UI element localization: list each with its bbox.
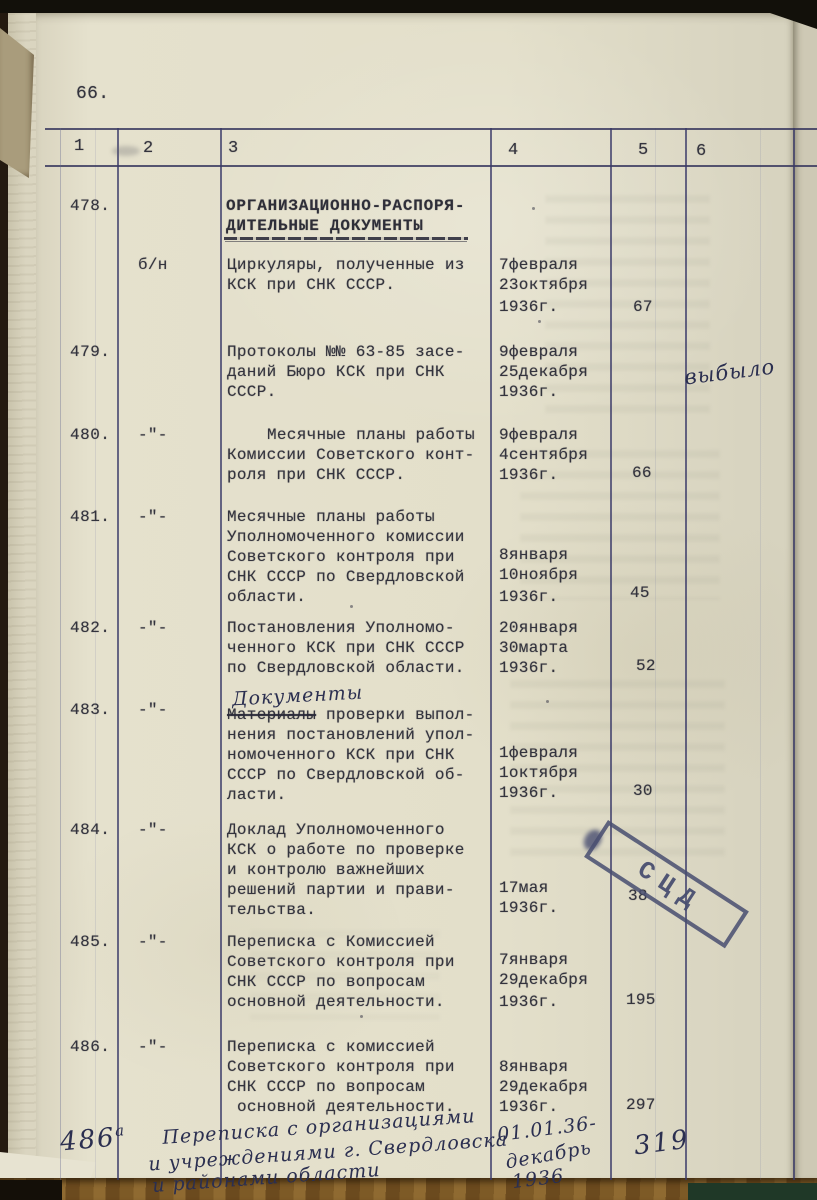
entry-number: 483. bbox=[70, 700, 110, 720]
entry-date: 1936г. bbox=[499, 382, 558, 402]
table-column-rule-4 bbox=[610, 128, 612, 1180]
page-number: 66. bbox=[76, 84, 109, 104]
entry-title-line: КСК при СНК СССР. bbox=[227, 275, 395, 295]
entry-title-line: ченного КСК при СНК СССР bbox=[227, 638, 465, 658]
entry-title-line: номоченного КСК при СНК bbox=[227, 745, 455, 765]
column-header-3: 3 bbox=[228, 139, 239, 159]
struck-word: Материалы bbox=[227, 706, 316, 724]
entry-title-line: даний Бюро КСК при СНК bbox=[227, 362, 445, 382]
entry-title-line: Советского контроля при bbox=[227, 1057, 455, 1077]
entry-title-line: Протоколы №№ 63-85 засе- bbox=[227, 342, 465, 362]
entry-note-ditto: -"- bbox=[138, 618, 168, 638]
column-header-5: 5 bbox=[638, 141, 649, 161]
entry-date: 9февраля bbox=[499, 425, 578, 445]
entry-date: 1936г. bbox=[499, 783, 558, 803]
entry-title-line: роля при СНК СССР. bbox=[227, 465, 405, 485]
entry-title-line: СНК СССР по вопросам bbox=[227, 972, 425, 992]
entry-number-suffix: а bbox=[114, 1121, 126, 1140]
entry-date: 1936г. bbox=[499, 297, 558, 317]
entry-number: 482. bbox=[70, 618, 110, 638]
ink-speck bbox=[532, 207, 535, 210]
paper-crease bbox=[95, 128, 96, 1180]
entry-date: 17мая bbox=[499, 878, 549, 898]
entry-date: 23октября bbox=[499, 275, 588, 295]
entry-title-line: нения постановлений упол- bbox=[227, 725, 475, 745]
ink-speck bbox=[350, 605, 353, 608]
entry-title-line: и контролю важнейших bbox=[227, 860, 425, 880]
entry-note-ditto: -"- bbox=[138, 1037, 168, 1057]
entry-date: 7февраля bbox=[499, 255, 578, 275]
entry-title-line: решений партии и прави- bbox=[227, 880, 455, 900]
entry-title-line: Циркуляры, полученные из bbox=[227, 255, 465, 275]
heading-underline bbox=[224, 237, 468, 240]
ink-speck bbox=[546, 700, 549, 703]
table-left-rule bbox=[60, 128, 61, 1180]
entry-title-line: Комиссии Советского конт- bbox=[227, 445, 475, 465]
entry-title-line: Месячные планы работы bbox=[227, 507, 435, 527]
column-header-1: 1 bbox=[74, 137, 85, 157]
entry-number-handwritten: 486а bbox=[59, 1121, 128, 1157]
entry-number: 484. bbox=[70, 820, 110, 840]
entry-sheet-count: 30 bbox=[633, 781, 653, 801]
entry-note-ditto: -"- bbox=[138, 820, 168, 840]
entry-number: 478. bbox=[70, 196, 110, 216]
entry-title-line: СНК СССР по вопросам bbox=[227, 1077, 425, 1097]
entry-sheet-count: 297 bbox=[626, 1095, 656, 1115]
column-header-2: 2 bbox=[143, 139, 154, 159]
entry-date: 10ноября bbox=[499, 565, 578, 585]
scanned-archive-page: 66. 1 2 3 4 5 6 478. ОРГАНИЗАЦИОННО-РАСП… bbox=[0, 0, 817, 1200]
table-column-rule-3 bbox=[490, 128, 492, 1180]
entry-date: 1936г. bbox=[499, 465, 558, 485]
binding-strip-top bbox=[0, 0, 817, 13]
entry-date: 20января bbox=[499, 618, 578, 638]
entry-note: б/н bbox=[138, 255, 168, 275]
entry-title-line: Уполномоченного комиссии bbox=[227, 527, 465, 547]
table-column-rule-2 bbox=[220, 128, 222, 1180]
entry-title-line: КСК о работе по проверке bbox=[227, 840, 465, 860]
entry-date: 29декабря bbox=[499, 970, 588, 990]
entry-title-line: Советского контроля при bbox=[227, 952, 455, 972]
entry-title-line: Переписка с Комиссией bbox=[227, 932, 435, 952]
entry-number: 485. bbox=[70, 932, 110, 952]
section-heading-line: ДИТЕЛЬНЫЕ ДОКУМЕНТЫ bbox=[226, 216, 424, 236]
page-stack-edge-left bbox=[8, 13, 38, 1182]
entry-number: 481. bbox=[70, 507, 110, 527]
entry-title-line: Советского контроля при bbox=[227, 547, 455, 567]
section-heading-line: ОРГАНИЗАЦИОННО-РАСПОРЯ- bbox=[226, 196, 465, 216]
entry-number: 479. bbox=[70, 342, 110, 362]
entry-date: 9февраля bbox=[499, 342, 578, 362]
entry-date: 1936г. bbox=[499, 1097, 558, 1117]
entry-note-ditto: -"- bbox=[138, 425, 168, 445]
entry-note-ditto: -"- bbox=[138, 932, 168, 952]
pencil-smudge bbox=[112, 146, 140, 156]
entry-sheet-count: 195 bbox=[626, 990, 656, 1010]
entry-date: 25декабря bbox=[499, 362, 588, 382]
table-column-rule-1 bbox=[117, 128, 119, 1180]
column-header-4: 4 bbox=[508, 141, 519, 161]
entry-title-line: Материалы проверки выпол- bbox=[227, 705, 475, 725]
entry-title-line: по Свердловской области. bbox=[227, 658, 465, 678]
entry-date: 4сентября bbox=[499, 445, 588, 465]
table-header-line bbox=[45, 165, 817, 167]
entry-sheet-count: 66 bbox=[632, 463, 652, 483]
column-header-6: 6 bbox=[696, 142, 707, 162]
entry-note-ditto: -"- bbox=[138, 700, 168, 720]
entry-title-line: Месячные планы работы bbox=[267, 425, 475, 445]
table-column-rule-5 bbox=[685, 128, 687, 1180]
ink-speck bbox=[538, 320, 541, 323]
entry-title-line: Доклад Уполномоченного bbox=[227, 820, 445, 840]
entry-title-line: области. bbox=[227, 587, 306, 607]
entry-title-line: Переписка с комиссией bbox=[227, 1037, 435, 1057]
entry-title-line: СССР по Свердловской об- bbox=[227, 765, 465, 785]
entry-title-line: СНК СССР по Свердловской bbox=[227, 567, 465, 587]
entry-date: 7января bbox=[499, 950, 568, 970]
entry-sheet-count: 45 bbox=[630, 583, 650, 603]
binding-dark-bottom-left bbox=[0, 1180, 62, 1200]
entry-number-text: 486 bbox=[59, 1123, 117, 1158]
entry-title-line: СССР. bbox=[227, 382, 277, 402]
entry-title-line: Постановления Уполномо- bbox=[227, 618, 455, 638]
entry-title-rest: проверки выпол- bbox=[316, 706, 474, 724]
paper-crease bbox=[655, 128, 656, 1180]
entry-date: 8января bbox=[499, 545, 568, 565]
entry-date: 8января bbox=[499, 1057, 568, 1077]
entry-date: 1февраля bbox=[499, 743, 578, 763]
entry-date: 1936г. bbox=[499, 587, 558, 607]
entry-date: 1октября bbox=[499, 763, 578, 783]
page-fold-edge-right bbox=[793, 13, 817, 1180]
entry-date: 29декабря bbox=[499, 1077, 588, 1097]
table-top-line bbox=[45, 128, 817, 130]
entry-number: 486. bbox=[70, 1037, 110, 1057]
entry-note-ditto: -"- bbox=[138, 507, 168, 527]
table-right-rule bbox=[793, 128, 795, 1180]
ink-speck bbox=[360, 1015, 363, 1018]
entry-date: 1936г. bbox=[499, 898, 558, 918]
paper-crease bbox=[760, 128, 761, 1180]
entry-number: 480. bbox=[70, 425, 110, 445]
entry-date: 1936г. bbox=[499, 992, 558, 1012]
binding-green-bottom-right bbox=[688, 1183, 817, 1200]
entry-title-line: тельства. bbox=[227, 900, 316, 920]
entry-sheet-count: 67 bbox=[633, 297, 653, 317]
entry-date: 1936г. bbox=[499, 658, 558, 678]
entry-title-line: ласти. bbox=[227, 785, 286, 805]
entry-date: 30марта bbox=[499, 638, 568, 658]
entry-title-line: основной деятельности. bbox=[227, 992, 445, 1012]
entry-sheet-count: 52 bbox=[636, 656, 656, 676]
